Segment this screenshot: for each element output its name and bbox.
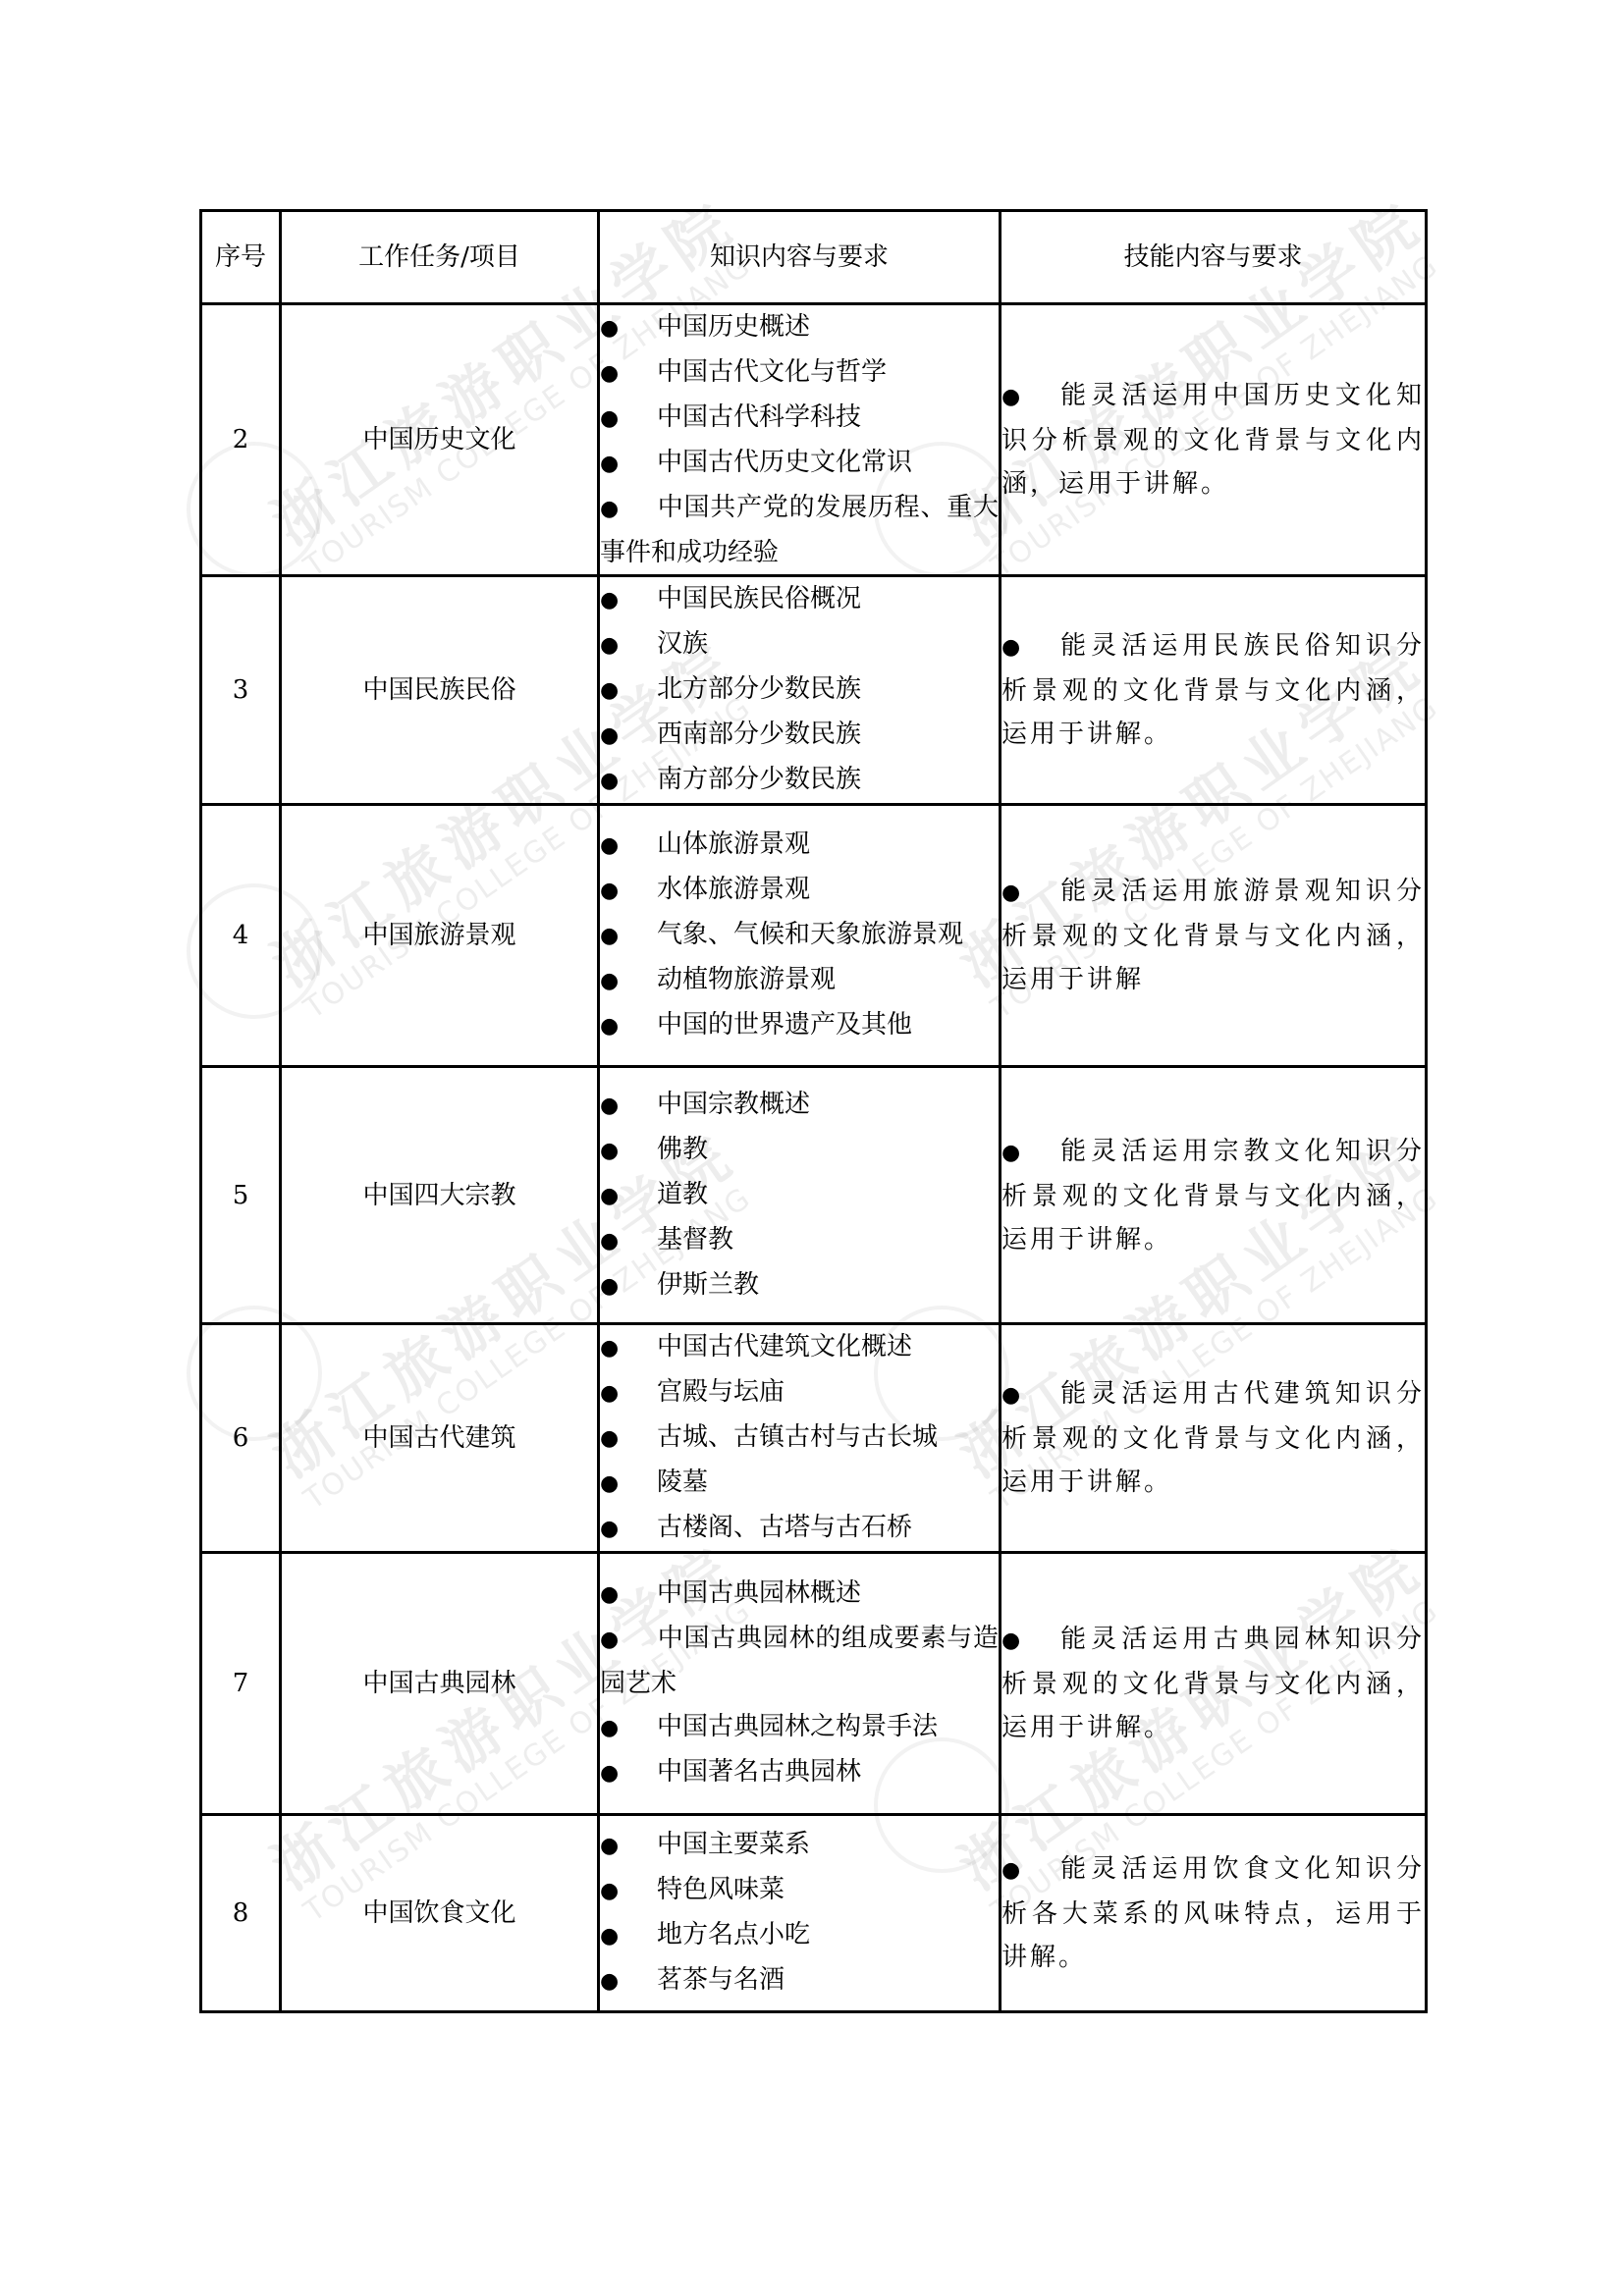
bullet-icon: ● (600, 624, 657, 667)
knowledge-item-text: 气象、气候和天象旅游景观 (657, 920, 963, 949)
knowledge-item: ●中国的世界遗产及其他 (600, 1003, 999, 1048)
bullet-icon: ● (1001, 1132, 1058, 1175)
knowledge-item-text: 动植物旅游景观 (657, 965, 836, 994)
bullet-icon: ● (1001, 1620, 1058, 1663)
bullet-icon: ● (600, 1130, 657, 1173)
knowledge-item: ●宫殿与坛庙 (600, 1370, 999, 1415)
row-task: 中国历史文化 (281, 304, 599, 576)
skill-text: 能灵活运用旅游景观知识分析景观的文化背景与文化内涵，运用于讲解 (1001, 877, 1425, 994)
knowledge-item: ●南方部分少数民族 (600, 758, 999, 803)
row-knowledge: ●中国历史概述●中国古代文化与哲学●中国古代科学科技●中国古代历史文化常识●中国… (599, 304, 1001, 576)
bullet-icon: ● (600, 1707, 657, 1750)
knowledge-item-text: 陵墓 (657, 1468, 708, 1497)
knowledge-item: ●西南部分少数民族 (600, 713, 999, 758)
knowledge-item: ●中国古代科学科技 (600, 396, 999, 441)
row-task: 中国古代建筑 (281, 1324, 599, 1553)
knowledge-item: ●水体旅游景观 (600, 868, 999, 913)
knowledge-item: ●古城、古镇古村与古长城 (600, 1415, 999, 1461)
row-seq: 4 (201, 805, 281, 1067)
row-knowledge: ●中国宗教概述●佛教●道教●基督教●伊斯兰教 (599, 1067, 1001, 1324)
bullet-icon: ● (600, 1752, 657, 1795)
bullet-icon: ● (600, 488, 657, 531)
knowledge-item-text: 中国古代文化与哲学 (657, 357, 887, 387)
bullet-icon: ● (600, 1220, 657, 1263)
knowledge-item: ●山体旅游景观 (600, 823, 999, 868)
knowledge-item-text: 中国的世界遗产及其他 (657, 1010, 912, 1040)
row-knowledge: ●中国古代建筑文化概述●宫殿与坛庙●古城、古镇古村与古长城●陵墓●古楼阁、古塔与… (599, 1324, 1001, 1553)
knowledge-item-text: 汉族 (657, 629, 708, 659)
row-knowledge: ●中国民族民俗概况●汉族●北方部分少数民族●西南部分少数民族●南方部分少数民族 (599, 576, 1001, 805)
knowledge-item: ●伊斯兰教 (600, 1263, 999, 1308)
knowledge-item: ●中国历史概述 (600, 305, 999, 350)
course-content-table: 序号 工作任务/项目 知识内容与要求 技能内容与要求 2中国历史文化●中国历史概… (199, 209, 1428, 2013)
bullet-icon: ● (1001, 1849, 1058, 1893)
row-knowledge: ●中国主要菜系●特色风味菜●地方名点小吃●茗茶与名酒 (599, 1815, 1001, 2012)
knowledge-item: ●中国民族民俗概况 (600, 577, 999, 622)
knowledge-item-text: 北方部分少数民族 (657, 674, 861, 704)
knowledge-item-text: 基督教 (657, 1225, 733, 1255)
knowledge-item-text: 古楼阁、古塔与古石桥 (657, 1513, 912, 1542)
knowledge-item-text: 中国主要菜系 (657, 1830, 810, 1859)
knowledge-item-text: 道教 (657, 1180, 708, 1209)
table-row: 4中国旅游景观●山体旅游景观●水体旅游景观●气象、气候和天象旅游景观●动植物旅游… (201, 805, 1427, 1067)
skill-text: 能灵活运用宗教文化知识分析景观的文化背景与文化内涵，运用于讲解。 (1001, 1137, 1425, 1255)
knowledge-item-text: 地方名点小吃 (657, 1920, 810, 1949)
row-task: 中国古典园林 (281, 1553, 599, 1815)
knowledge-item-text: 中国古典园林之构景手法 (657, 1712, 938, 1741)
knowledge-item: ●陵墓 (600, 1461, 999, 1506)
knowledge-item-text: 茗茶与名酒 (657, 1965, 785, 1995)
bullet-icon: ● (600, 760, 657, 803)
header-seq: 序号 (201, 211, 281, 304)
bullet-icon: ● (600, 398, 657, 441)
knowledge-item-text: 宫殿与坛庙 (657, 1377, 785, 1407)
knowledge-item-text: 南方部分少数民族 (657, 765, 861, 794)
knowledge-item-text: 中国古典园林的组成要素与造园艺术 (600, 1624, 999, 1698)
knowledge-item: ●道教 (600, 1173, 999, 1218)
knowledge-item: ●汉族 (600, 622, 999, 667)
skill-text: 能灵活运用中国历史文化知识分析景观的文化背景与文化内涵，运用于讲解。 (1001, 381, 1425, 499)
knowledge-item-text: 水体旅游景观 (657, 875, 810, 904)
row-task: 中国四大宗教 (281, 1067, 599, 1324)
skill-text: 能灵活运用饮食文化知识分析各大菜系的风味特点，运用于讲解。 (1001, 1854, 1425, 1972)
row-skill: ●能灵活运用民族民俗知识分析景观的文化背景与文化内涵，运用于讲解。 (1001, 576, 1427, 805)
bullet-icon: ● (600, 352, 657, 396)
bullet-icon: ● (600, 1574, 657, 1617)
bullet-icon: ● (600, 1265, 657, 1308)
bullet-icon: ● (1001, 626, 1058, 669)
row-skill: ●能灵活运用宗教文化知识分析景观的文化背景与文化内涵，运用于讲解。 (1001, 1067, 1427, 1324)
knowledge-item-text: 山体旅游景观 (657, 829, 810, 859)
knowledge-item: ●中国共产党的发展历程、重大事件和成功经验 (600, 486, 999, 574)
knowledge-item: ●中国宗教概述 (600, 1083, 999, 1128)
bullet-icon: ● (600, 1825, 657, 1868)
bullet-icon: ● (600, 307, 657, 350)
bullet-icon: ● (600, 443, 657, 486)
knowledge-item: ●中国古代建筑文化概述 (600, 1325, 999, 1370)
bullet-icon: ● (600, 1417, 657, 1461)
knowledge-item: ●佛教 (600, 1128, 999, 1173)
knowledge-item: ●动植物旅游景观 (600, 958, 999, 1003)
knowledge-item: ●中国古代历史文化常识 (600, 441, 999, 486)
knowledge-item: ●古楼阁、古塔与古石桥 (600, 1506, 999, 1551)
row-seq: 6 (201, 1324, 281, 1553)
bullet-icon: ● (600, 1372, 657, 1415)
knowledge-item-text: 中国共产党的发展历程、重大事件和成功经验 (600, 493, 999, 567)
row-skill: ●能灵活运用古典园林知识分析景观的文化背景与文化内涵，运用于讲解。 (1001, 1553, 1427, 1815)
knowledge-item-text: 佛教 (657, 1135, 708, 1164)
knowledge-item: ●基督教 (600, 1218, 999, 1263)
skill-text: 能灵活运用古典园林知识分析景观的文化背景与文化内涵，运用于讲解。 (1001, 1625, 1425, 1742)
knowledge-item-text: 伊斯兰教 (657, 1270, 759, 1300)
row-knowledge: ●山体旅游景观●水体旅游景观●气象、气候和天象旅游景观●动植物旅游景观●中国的世… (599, 805, 1001, 1067)
knowledge-item: ●中国古典园林的组成要素与造园艺术 (600, 1617, 999, 1705)
row-task: 中国民族民俗 (281, 576, 599, 805)
knowledge-item: ●中国古典园林概述 (600, 1572, 999, 1617)
row-knowledge: ●中国古典园林概述●中国古典园林的组成要素与造园艺术●中国古典园林之构景手法●中… (599, 1553, 1001, 1815)
bullet-icon: ● (600, 870, 657, 913)
knowledge-item-text: 中国著名古典园林 (657, 1757, 861, 1787)
row-skill: ●能灵活运用饮食文化知识分析各大菜系的风味特点，运用于讲解。 (1001, 1815, 1427, 2012)
knowledge-item: ●中国古代文化与哲学 (600, 350, 999, 396)
row-task: 中国旅游景观 (281, 805, 599, 1067)
table-row: 3中国民族民俗●中国民族民俗概况●汉族●北方部分少数民族●西南部分少数民族●南方… (201, 576, 1427, 805)
knowledge-item: ●地方名点小吃 (600, 1913, 999, 1958)
bullet-icon: ● (600, 1870, 657, 1913)
bullet-icon: ● (600, 1175, 657, 1218)
knowledge-item: ●特色风味菜 (600, 1868, 999, 1913)
bullet-icon: ● (1001, 1374, 1058, 1417)
row-seq: 5 (201, 1067, 281, 1324)
header-skill: 技能内容与要求 (1001, 211, 1427, 304)
bullet-icon: ● (600, 1960, 657, 2003)
table-row: 5中国四大宗教●中国宗教概述●佛教●道教●基督教●伊斯兰教●能灵活运用宗教文化知… (201, 1067, 1427, 1324)
knowledge-item-text: 中国古典园林概述 (657, 1578, 861, 1608)
row-skill: ●能灵活运用旅游景观知识分析景观的文化背景与文化内涵，运用于讲解 (1001, 805, 1427, 1067)
knowledge-item-text: 中国古代建筑文化概述 (657, 1332, 912, 1362)
knowledge-item: ●气象、气候和天象旅游景观 (600, 913, 999, 958)
bullet-icon: ● (600, 1085, 657, 1128)
row-seq: 8 (201, 1815, 281, 2012)
header-knowledge: 知识内容与要求 (599, 211, 1001, 304)
bullet-icon: ● (600, 579, 657, 622)
bullet-icon: ● (1001, 872, 1058, 915)
knowledge-item: ●中国著名古典园林 (600, 1750, 999, 1795)
row-skill: ●能灵活运用古代建筑知识分析景观的文化背景与文化内涵，运用于讲解。 (1001, 1324, 1427, 1553)
table-row: 8中国饮食文化●中国主要菜系●特色风味菜●地方名点小吃●茗茶与名酒●能灵活运用饮… (201, 1815, 1427, 2012)
row-task: 中国饮食文化 (281, 1815, 599, 2012)
bullet-icon: ● (600, 960, 657, 1003)
knowledge-item: ●中国主要菜系 (600, 1823, 999, 1868)
knowledge-item-text: 西南部分少数民族 (657, 720, 861, 749)
table-row: 7中国古典园林●中国古典园林概述●中国古典园林的组成要素与造园艺术●中国古典园林… (201, 1553, 1427, 1815)
bullet-icon: ● (600, 1005, 657, 1048)
table-header-row: 序号 工作任务/项目 知识内容与要求 技能内容与要求 (201, 211, 1427, 304)
bullet-icon: ● (600, 669, 657, 713)
knowledge-item: ●北方部分少数民族 (600, 667, 999, 713)
knowledge-item: ●中国古典园林之构景手法 (600, 1705, 999, 1750)
knowledge-item: ●茗茶与名酒 (600, 1958, 999, 2003)
bullet-icon: ● (1001, 376, 1058, 419)
knowledge-item-text: 古城、古镇古村与古长城 (657, 1422, 938, 1452)
bullet-icon: ● (600, 1915, 657, 1958)
skill-text: 能灵活运用古代建筑知识分析景观的文化背景与文化内涵，运用于讲解。 (1001, 1379, 1425, 1497)
bullet-icon: ● (600, 1327, 657, 1370)
header-task: 工作任务/项目 (281, 211, 599, 304)
knowledge-item-text: 中国古代科学科技 (657, 402, 861, 432)
bullet-icon: ● (600, 915, 657, 958)
knowledge-item-text: 特色风味菜 (657, 1875, 785, 1904)
knowledge-item-text: 中国民族民俗概况 (657, 584, 861, 614)
bullet-icon: ● (600, 825, 657, 868)
bullet-icon: ● (600, 1619, 657, 1662)
table-row: 2中国历史文化●中国历史概述●中国古代文化与哲学●中国古代科学科技●中国古代历史… (201, 304, 1427, 576)
bullet-icon: ● (600, 1463, 657, 1506)
knowledge-item-text: 中国历史概述 (657, 312, 810, 342)
row-seq: 2 (201, 304, 281, 576)
skill-text: 能灵活运用民族民俗知识分析景观的文化背景与文化内涵，运用于讲解。 (1001, 631, 1425, 749)
row-seq: 3 (201, 576, 281, 805)
bullet-icon: ● (600, 715, 657, 758)
table-row: 6中国古代建筑●中国古代建筑文化概述●宫殿与坛庙●古城、古镇古村与古长城●陵墓●… (201, 1324, 1427, 1553)
knowledge-item-text: 中国宗教概述 (657, 1090, 810, 1119)
row-seq: 7 (201, 1553, 281, 1815)
bullet-icon: ● (600, 1508, 657, 1551)
row-skill: ●能灵活运用中国历史文化知识分析景观的文化背景与文化内涵，运用于讲解。 (1001, 304, 1427, 576)
knowledge-item-text: 中国古代历史文化常识 (657, 448, 912, 477)
